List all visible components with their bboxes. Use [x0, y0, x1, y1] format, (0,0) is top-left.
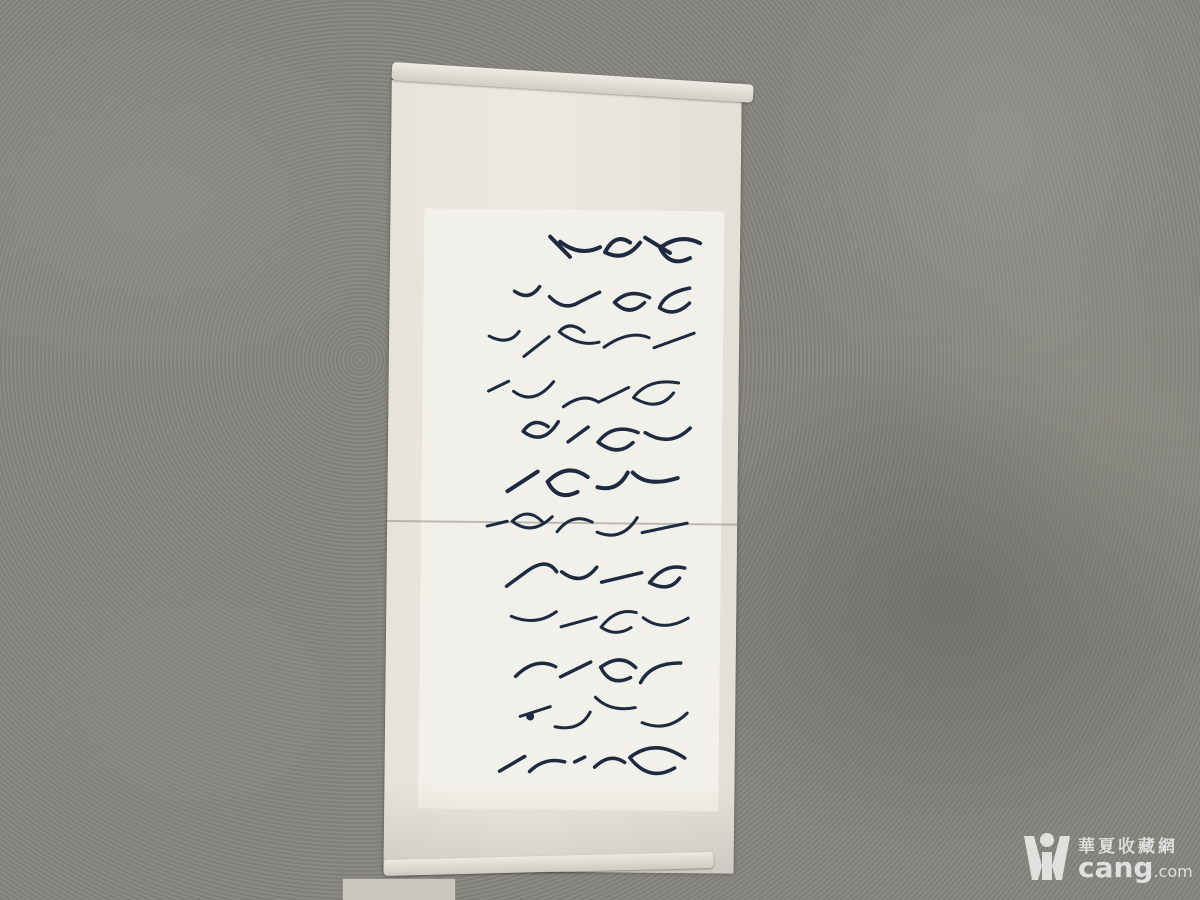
watermark-brand: cang.com [1078, 852, 1193, 888]
floor-tile-corner [342, 878, 456, 900]
calligraphy-scroll [383, 62, 752, 884]
watermark-domain-suffix: .com [1153, 862, 1192, 881]
scroll-mounting-paper [384, 80, 742, 874]
watermark: 華夏收藏網 cang.com [1022, 830, 1192, 886]
cursive-calligraphy-ink [424, 220, 720, 803]
watermark-brand-text: cang [1078, 851, 1153, 884]
cang-logo-icon [1022, 830, 1072, 882]
